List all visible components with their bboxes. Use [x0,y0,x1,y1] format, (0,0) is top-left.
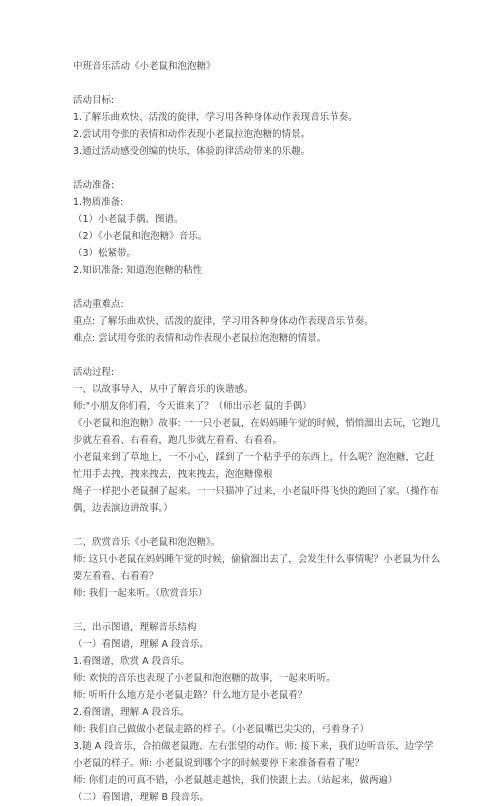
text-line: 《小老鼠和泡泡糖》故事: 一一只小老鼠，在妈妈睡午觉的时候，悄悄溜出去玩，它跑几… [73,415,442,449]
text-line: 2.知识准备: 知道泡泡糖的粘性 [73,262,442,279]
section-preparation: 活动准备: 1.物质准备: （1）小老鼠手偶、图谱。 （2）《小老鼠和泡泡糖》音… [73,177,442,279]
text-line: 师: 我们一起来听。（欣赏音乐） [73,585,442,602]
section-goals: 活动目标: 1.了解乐曲欢快、活泼的旋律，学习用各种身体动作表现音乐节奏。 2.… [73,92,442,160]
text-line: 1.看图谱，欣赏 A 段音乐。 [73,653,442,670]
document-page: 中班音乐活动《小老鼠和泡泡糖》 活动目标: 1.了解乐曲欢快、活泼的旋律，学习用… [73,58,442,693]
text-line: （1）小老鼠手偶、图谱。 [73,211,442,228]
text-line: 3.通过活动感受创编的快乐，体验韵律活动带来的乐趣。 [73,143,442,160]
section-music-structure: 三、出示图谱，理解音乐结构 （一）看图谱，理解 A 段音乐。 1.看图谱，欣赏 … [73,619,442,693]
text-line: （2）《小老鼠和泡泡糖》音乐。 [73,228,442,245]
section-heading: 活动重难点: [73,296,442,313]
section-heading: 活动目标: [73,92,442,109]
text-line: 难点: 尝试用夸张的表情和动作表现小老鼠拉泡泡糖的情景。 [73,330,442,347]
text-line: 2.尝试用夸张的表情和动作表现小老鼠拉泡泡糖的情景。 [73,126,442,143]
text-line: 师:"小朋友你们看，今天谁来了？（师出示老 鼠的手偶） [73,398,442,415]
section-key-points: 活动重难点: 重点: 了解乐曲欢快、活泼的旋律，学习用各种身体动作表现音乐节奏。… [73,296,442,347]
text-line: 师: 听听什么地方是小老鼠走路？什么地方是小老鼠看？ [73,687,442,693]
document-title: 中班音乐活动《小老鼠和泡泡糖》 [73,58,442,75]
text-line: 1.物质准备: [73,194,442,211]
section-heading: 活动过程: [73,364,442,381]
section-heading: 二、欣赏音乐《小老鼠和泡泡糖》。 [73,534,442,551]
text-line: 小老鼠来到了草地上，一不小心，踩到了一个粘乎乎的东西上，什么呢？泡泡糖，它赶忙用… [73,449,442,483]
text-line: 重点: 了解乐曲欢快、活泼的旋律，学习用各种身体动作表现音乐节奏。 [73,313,442,330]
section-heading: 三、出示图谱，理解音乐结构 [73,619,442,636]
text-line: （3）松紧带。 [73,245,442,262]
section-music-appreciation: 二、欣赏音乐《小老鼠和泡泡糖》。 师: 这只小老鼠在妈妈睡午觉的时候，偷偷溜出去… [73,534,442,602]
text-line: 师: 这只小老鼠在妈妈睡午觉的时候，偷偷溜出去了，会发生什么事情呢？小老鼠为什么… [73,551,442,585]
section-process: 活动过程: 一、以故事导入，从中了解音乐的诙谐感。 师:"小朋友你们看，今天谁来… [73,364,442,517]
section-heading: 活动准备: [73,177,442,194]
text-line: 师: 欢快的音乐也表现了小老鼠和泡泡糖的故事，一起来听听。 [73,670,442,687]
text-line: 绳子一样把小老鼠捆了起来。一一只猫冲了过来，小老鼠吓得飞快的跑回了家。（操作布偶… [73,483,442,517]
text-line: （一）看图谱，理解 A 段音乐。 [73,636,442,653]
text-line: 一、以故事导入，从中了解音乐的诙谐感。 [73,381,442,398]
text-line: 1.了解乐曲欢快、活泼的旋律，学习用各种身体动作表现音乐节奏。 [73,109,442,126]
